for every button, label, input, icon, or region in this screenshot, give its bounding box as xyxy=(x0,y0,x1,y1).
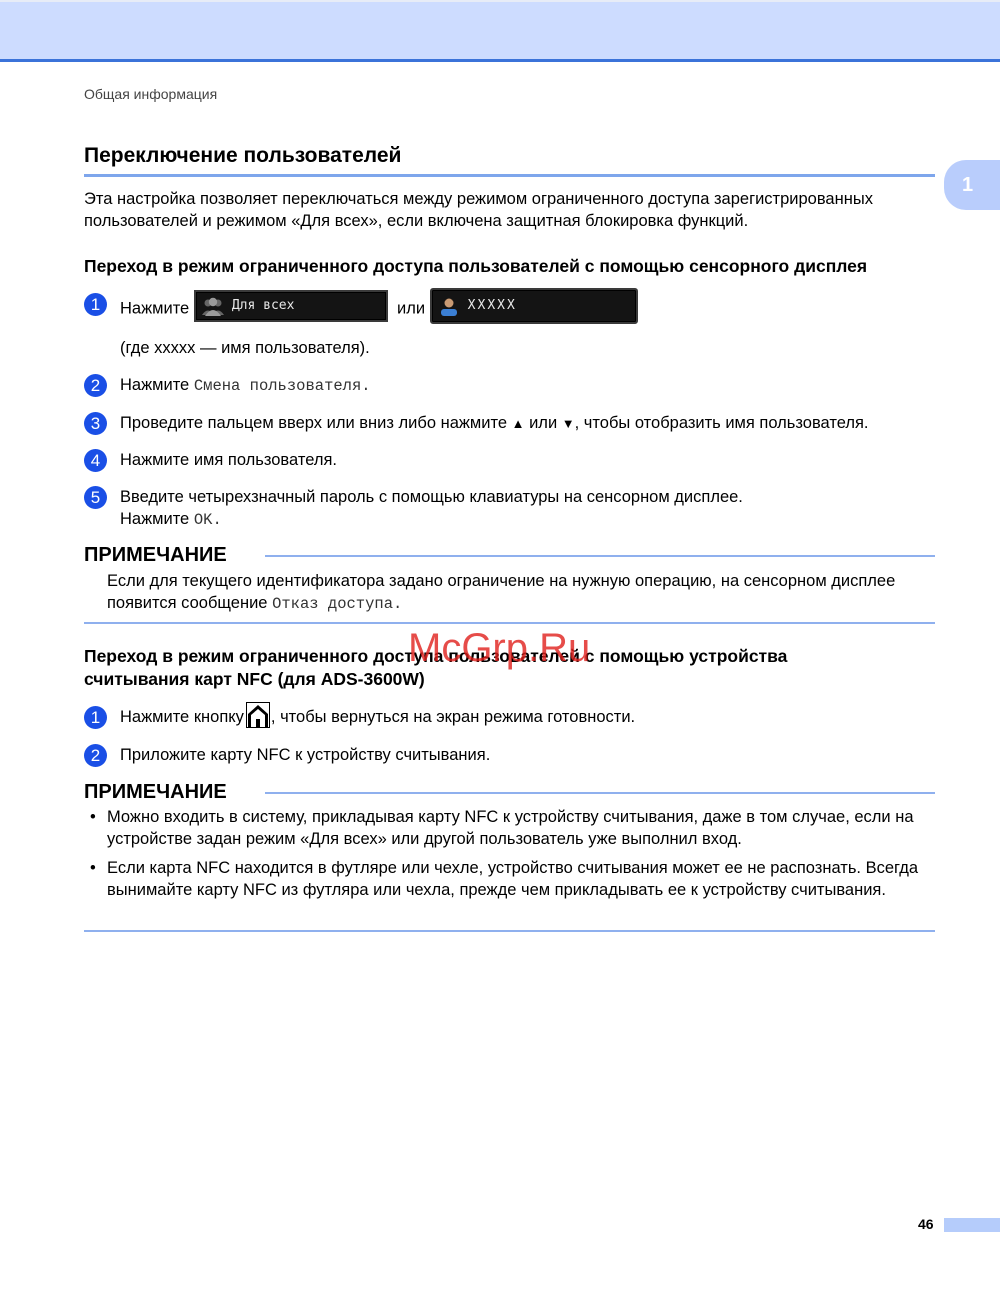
title-rule xyxy=(84,174,935,177)
touch-step-1-note: (где xxxxx — имя пользователя). xyxy=(120,338,1000,360)
running-head: Общая информация xyxy=(84,86,217,102)
header-band xyxy=(0,0,1000,59)
step-text: Нажмите xyxy=(120,376,189,394)
step-number-badge: 4 xyxy=(84,449,107,472)
step-number-badge: 2 xyxy=(84,374,107,397)
home-icon xyxy=(246,702,270,728)
note-heading: ПРИМЕЧАНИЕ xyxy=(84,544,227,567)
note-bullet-list: •Можно входить в систему, прикладывая ка… xyxy=(90,807,940,909)
step-number-badge: 5 xyxy=(84,486,107,509)
step-number-badge: 2 xyxy=(84,744,107,767)
note-rule-top xyxy=(265,792,935,794)
nfc-step-1: 1 Нажмите кнопку , чтобы вернуться на эк… xyxy=(84,707,964,729)
note-rule-bottom xyxy=(84,622,935,624)
step-note: (где xxxxx — имя пользователя). xyxy=(120,338,370,360)
section-intro: Эта настройка позволяет переключаться ме… xyxy=(84,189,944,232)
step-text: Нажмите кнопку xyxy=(120,708,244,726)
chapter-tab: 1 xyxy=(944,160,1000,210)
switch-user-command: Смена пользователя xyxy=(194,377,361,395)
step-text: Нажмите имя пользователя. xyxy=(120,450,964,472)
up-arrow-icon: ▲ xyxy=(512,416,525,431)
user-button[interactable]: XXXXX xyxy=(430,288,638,324)
note-rule-top xyxy=(265,555,935,557)
ok-command: OK xyxy=(194,511,213,529)
touch-step-4: 4 Нажмите имя пользователя. xyxy=(84,450,964,472)
step-number-badge: 3 xyxy=(84,412,107,435)
touch-step-1: 1 Нажмите Для всех или XXXXX xyxy=(84,294,964,324)
touch-step-2: 2 Нажмите Смена пользователя. xyxy=(84,375,964,398)
access-denied-message: Отказ доступа xyxy=(272,595,393,613)
note-rule-bottom xyxy=(84,930,935,932)
note-bullet: •Можно входить в систему, прикладывая ка… xyxy=(90,807,940,850)
group-users-icon xyxy=(202,296,224,316)
watermark: McGrp.Ru xyxy=(408,626,590,671)
down-arrow-icon: ▼ xyxy=(562,416,575,431)
step-text: Приложите карту NFC к устройству считыва… xyxy=(120,745,964,767)
note-heading: ПРИМЕЧАНИЕ xyxy=(84,781,227,804)
page-bar xyxy=(944,1218,1000,1232)
note-body: Если для текущего идентификатора задано … xyxy=(107,571,937,615)
connector-text: или xyxy=(397,299,425,317)
touch-step-3: 3 Проведите пальцем вверх или вниз либо … xyxy=(84,413,964,435)
note-bullet: •Если карта NFC находится в футляре или … xyxy=(90,858,940,901)
chapter-number: 1 xyxy=(962,174,973,197)
touch-method-heading: Переход в режим ограниченного доступа по… xyxy=(84,255,944,278)
step-number-badge: 1 xyxy=(84,293,107,316)
step-number-badge: 1 xyxy=(84,706,107,729)
header-rule xyxy=(0,59,1000,62)
public-mode-button[interactable]: Для всех xyxy=(194,290,388,322)
section-title: Переключение пользователей xyxy=(84,144,401,168)
user-icon xyxy=(438,296,460,316)
public-mode-label: Для всех xyxy=(232,295,295,317)
user-name-label: XXXXX xyxy=(468,295,517,317)
page-number: 46 xyxy=(918,1216,934,1232)
step-text: Нажмите xyxy=(120,299,189,317)
step-text: Введите четырехзначный пароль с помощью … xyxy=(120,488,743,506)
nfc-step-2: 2 Приложите карту NFC к устройству считы… xyxy=(84,745,964,767)
step-text: Проведите пальцем вверх или вниз либо на… xyxy=(120,414,507,432)
touch-step-5: 5 Введите четырехзначный пароль с помощь… xyxy=(84,487,964,531)
